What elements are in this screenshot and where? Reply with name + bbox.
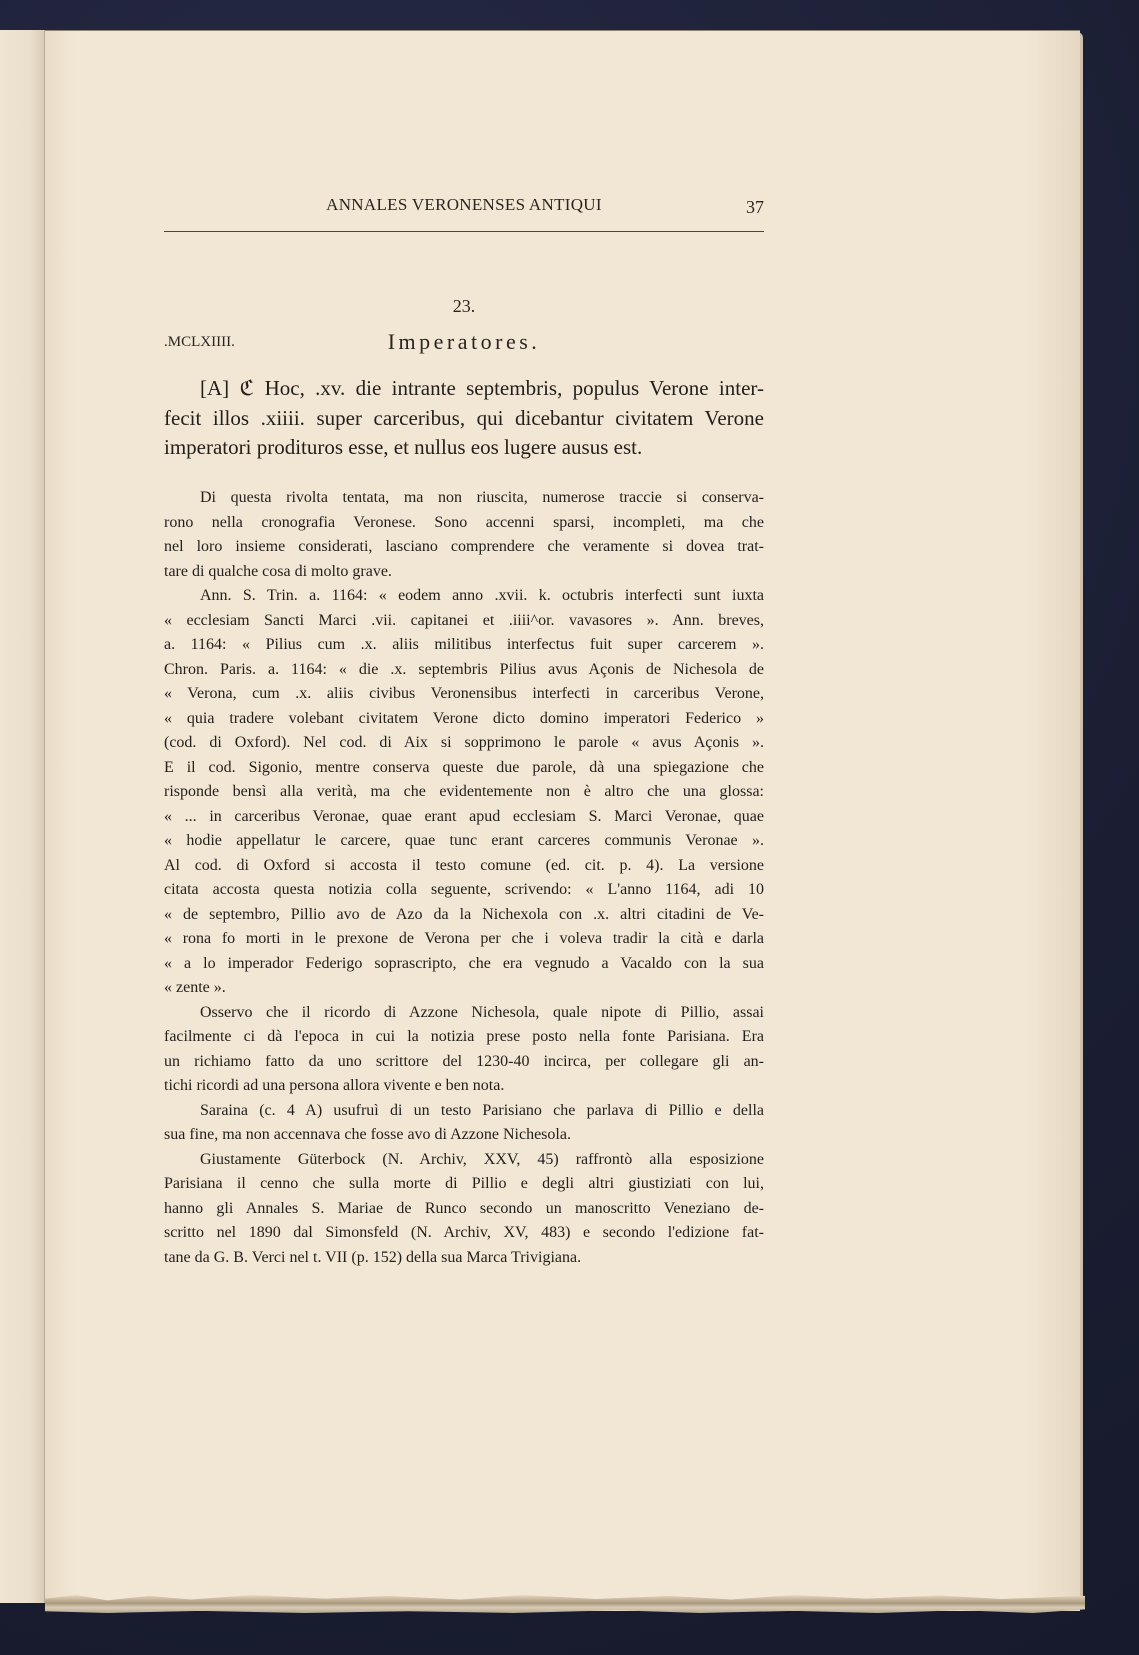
commentary-line: a. 1164: « Pilius cum .x. aliis militibu… bbox=[164, 633, 764, 658]
commentary-line: « ecclesiam Sancti Marci .vii. capitanei… bbox=[164, 609, 764, 634]
commentary-line: Di questa rivolta tentata, ma non riusci… bbox=[164, 486, 764, 511]
entry-text-line: fecit illos .xiiii. super carceribus, qu… bbox=[164, 404, 764, 434]
running-head: ANNALES VERONENSES ANTIQUI 37 bbox=[164, 195, 764, 221]
commentary-line: Chron. Paris. a. 1164: « die .x. septemb… bbox=[164, 658, 764, 683]
commentary-line: Al cod. di Oxford si accosta il testo co… bbox=[164, 854, 764, 879]
entry-heading: Imperatores. bbox=[164, 329, 764, 355]
commentary-line: risponde bensì alla verità, ma che evide… bbox=[164, 780, 764, 805]
commentary-line: tane da G. B. Verci nel t. VII (p. 152) … bbox=[164, 1246, 764, 1271]
entry-text-line: [A] ℭ Hoc, .xv. die intrante septembris,… bbox=[164, 374, 764, 404]
commentary-line: Parisiana il cenno che sulla morte di Pi… bbox=[164, 1172, 764, 1197]
header-rule bbox=[164, 231, 764, 232]
commentary-line: « ... in carceribus Veronae, quae erant … bbox=[164, 805, 764, 830]
commentary-line: tare di qualche cosa di molto grave. bbox=[164, 560, 764, 585]
entry-number: 23. bbox=[164, 296, 764, 317]
commentary-line: sua fine, ma non accennava che fosse avo… bbox=[164, 1123, 764, 1148]
commentary-line: scritto nel 1890 dal Simonsfeld (N. Arch… bbox=[164, 1221, 764, 1246]
commentary-line: « quia tradere volebant civitatem Verone… bbox=[164, 707, 764, 732]
commentary-line: un richiamo fatto da uno scrittore del 1… bbox=[164, 1050, 764, 1075]
running-title: ANNALES VERONENSES ANTIQUI bbox=[164, 195, 764, 215]
commentary-line: Osservo che il ricordo di Azzone Nicheso… bbox=[164, 1001, 764, 1026]
commentary-line: tichi ricordi ad una persona allora vive… bbox=[164, 1074, 764, 1099]
commentary-line: facilmente ci dà l'epoca in cui la notiz… bbox=[164, 1025, 764, 1050]
commentary-line: « hodie appellatur le carcere, quae tunc… bbox=[164, 829, 764, 854]
commentary-line: « a lo imperador Federigo soprascripto, … bbox=[164, 952, 764, 977]
commentary-line: citata accosta questa notizia colla segu… bbox=[164, 878, 764, 903]
commentary-line: hanno gli Annales S. Mariae de Runco sec… bbox=[164, 1197, 764, 1222]
commentary-line: « Verona, cum .x. aliis civibus Veronens… bbox=[164, 682, 764, 707]
commentary-line: « rona fo morti in le prexone de Verona … bbox=[164, 927, 764, 952]
commentary-line: E il cod. Sigonio, mentre conserva quest… bbox=[164, 756, 764, 781]
commentary-line: rono nella cronografia Veronese. Sono ac… bbox=[164, 511, 764, 536]
commentary-line: (cod. di Oxford). Nel cod. di Aix si sop… bbox=[164, 731, 764, 756]
commentary-line: nel loro insieme considerati, lasciano c… bbox=[164, 535, 764, 560]
facing-page-edge bbox=[0, 30, 45, 1603]
commentary-line: « de septembro, Pillio avo de Azo da la … bbox=[164, 903, 764, 928]
commentary-line: Ann. S. Trin. a. 1164: « eodem anno .xvi… bbox=[164, 584, 764, 609]
commentary: Di questa rivolta tentata, ma non riusci… bbox=[164, 486, 764, 1270]
entry-text-line: imperatori prodituros esse, et nullus eo… bbox=[164, 433, 764, 463]
commentary-line: « zente ». bbox=[164, 976, 764, 1001]
entry-text: [A] ℭ Hoc, .xv. die intrante septembris,… bbox=[164, 374, 764, 463]
commentary-line: Saraina (c. 4 A) usufruì di un testo Par… bbox=[164, 1099, 764, 1124]
page-number: 37 bbox=[746, 197, 764, 218]
commentary-line: Giustamente Güterbock (N. Archiv, XXV, 4… bbox=[164, 1148, 764, 1173]
